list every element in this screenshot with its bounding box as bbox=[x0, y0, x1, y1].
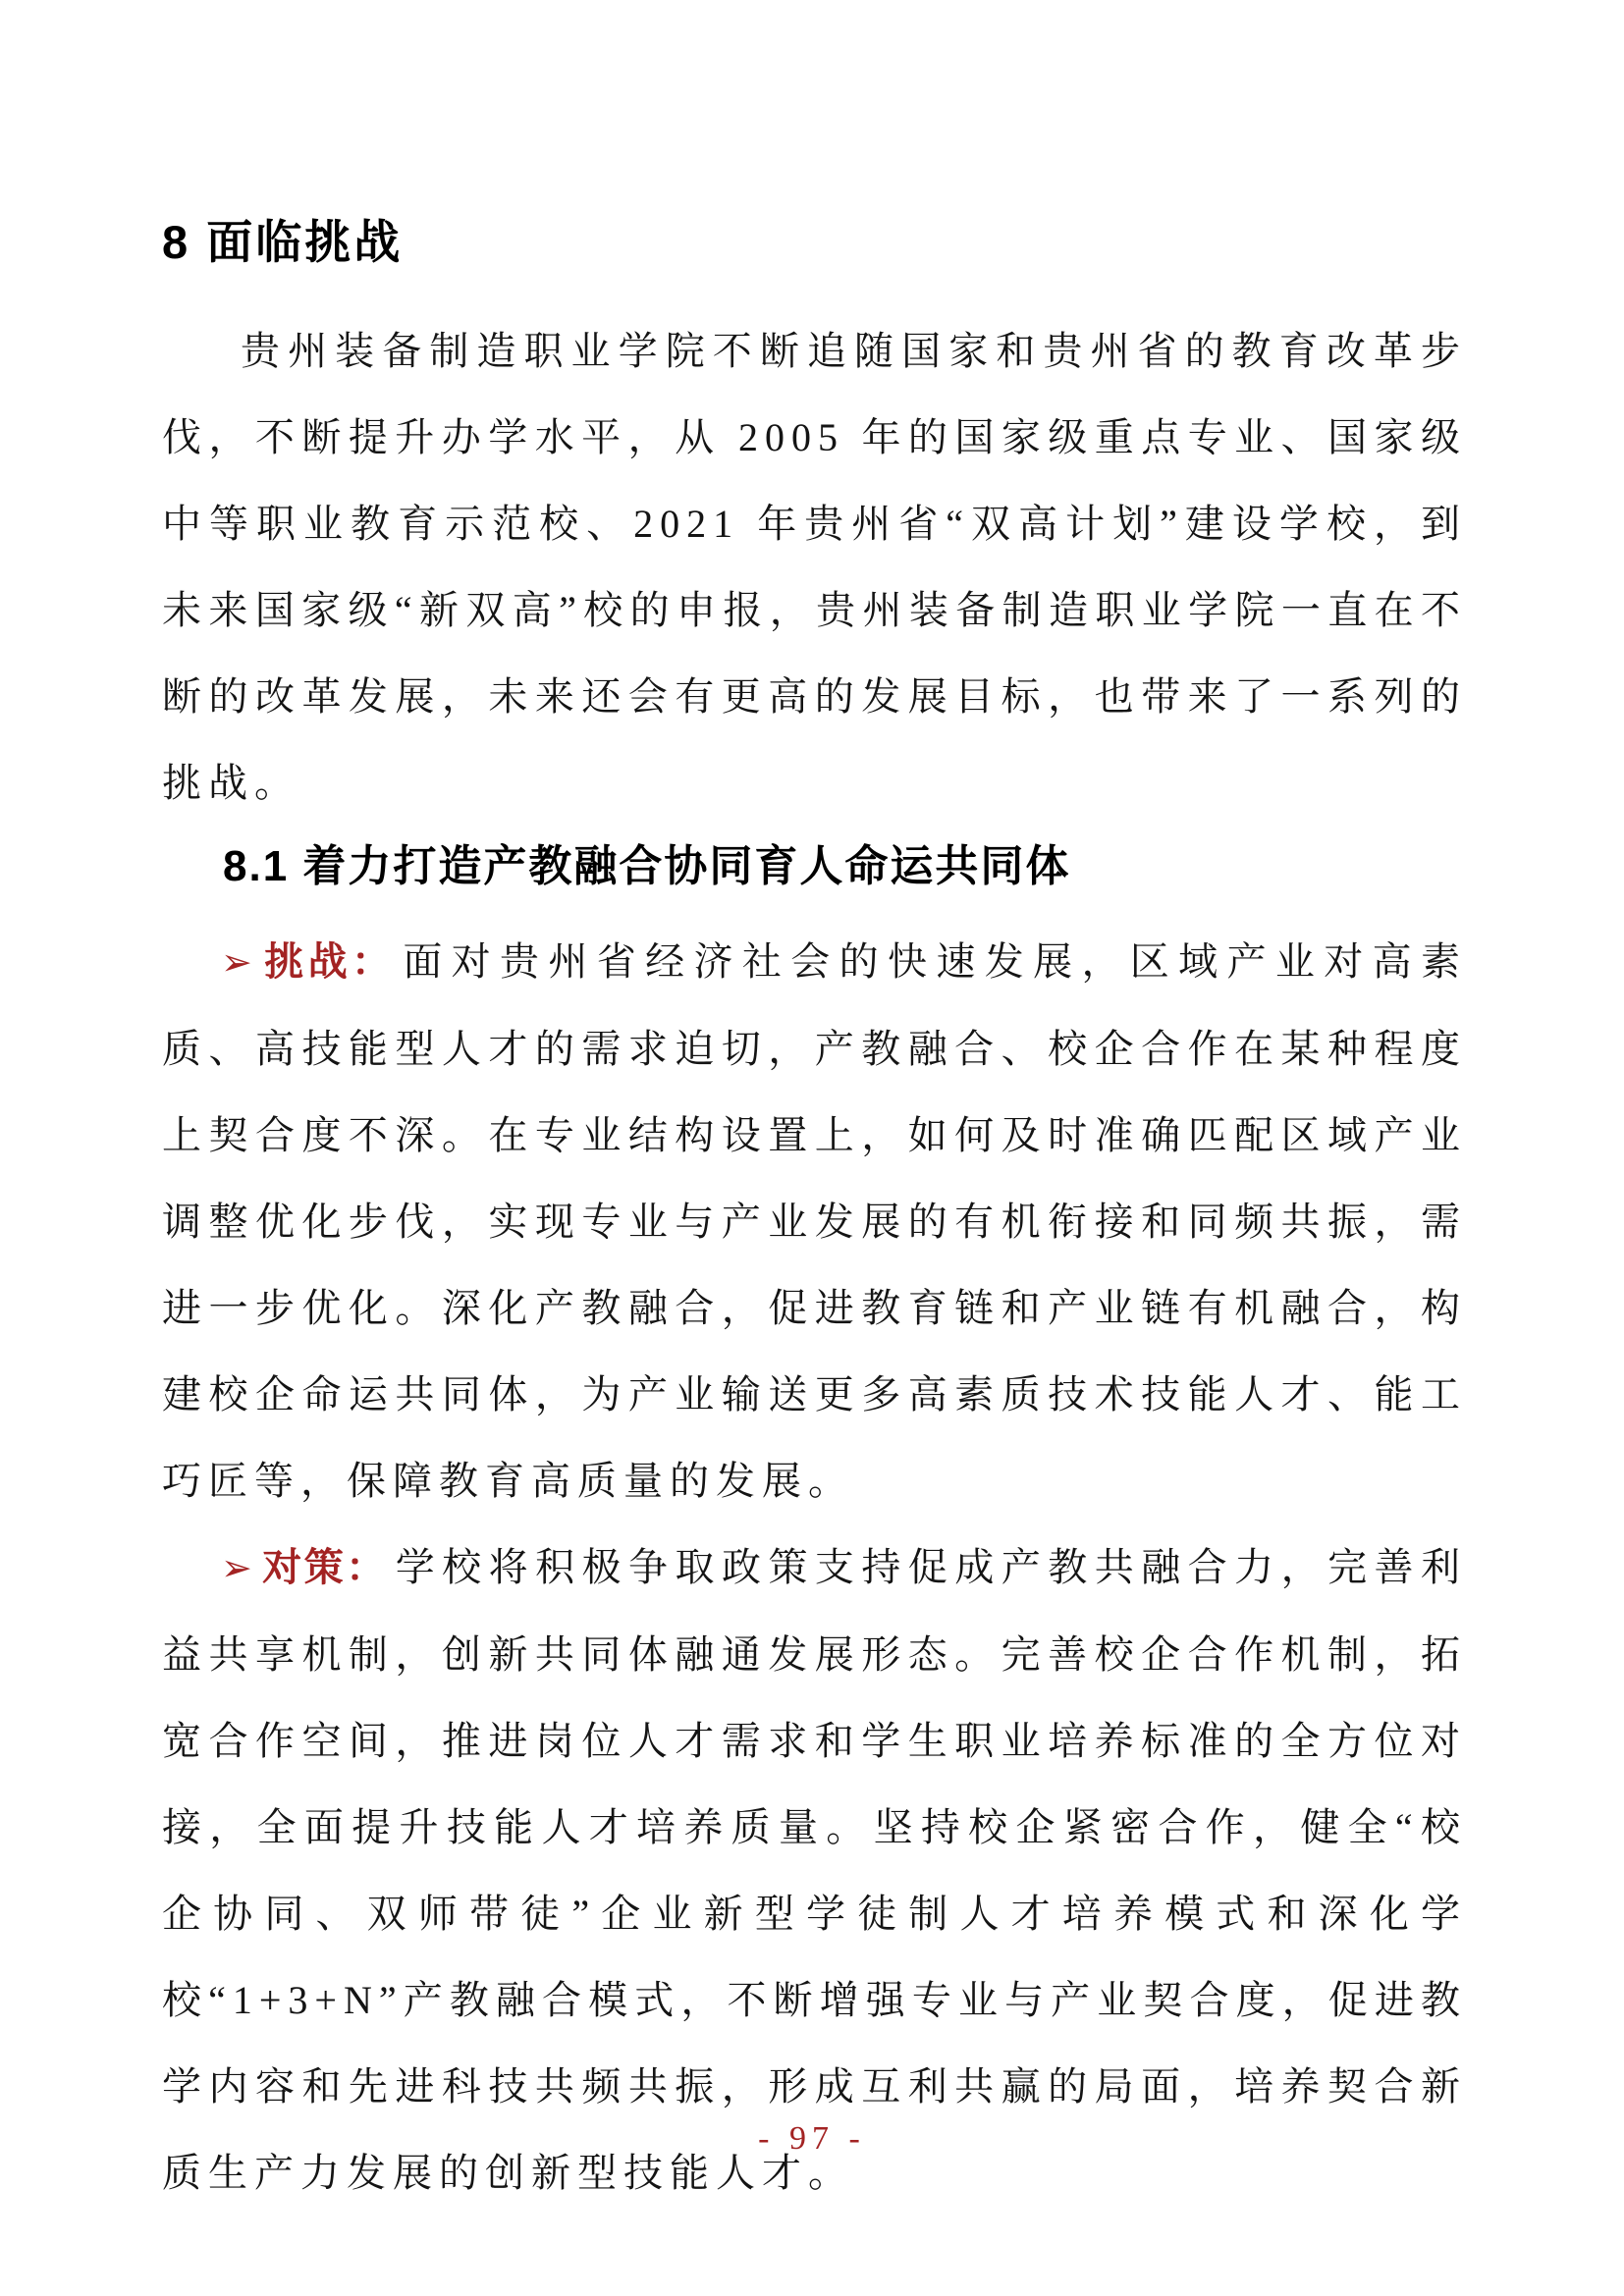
chapter-heading: 8 面临挑战 bbox=[162, 208, 1467, 277]
challenge-paragraph: ➢挑战：面对贵州省经济社会的快速发展，区域产业对高素质、高技能型人才的需求迫切，… bbox=[162, 919, 1467, 1524]
page-number: - 97 - bbox=[0, 2120, 1624, 2158]
strategy-paragraph: ➢对策：学校将积极争取政策支持促成产教共融合力，完善利益共享机制，创新共同体融通… bbox=[162, 1524, 1467, 2216]
section-heading: 8.1 着力打造产教融合协同育人命运共同体 bbox=[162, 832, 1467, 901]
page-content: 8 面临挑战 贵州装备制造职业学院不断追随国家和贵州省的教育改革步伐，不断提升办… bbox=[162, 208, 1467, 2216]
challenge-text: 面对贵州省经济社会的快速发展，区域产业对高素质、高技能型人才的需求迫切，产教融合… bbox=[162, 939, 1467, 1503]
document-page: 8 面临挑战 贵州装备制造职业学院不断追随国家和贵州省的教育改革步伐，不断提升办… bbox=[0, 0, 1624, 2296]
challenge-label: 挑战： bbox=[262, 940, 395, 984]
strategy-label: 对策： bbox=[262, 1546, 388, 1589]
arrowhead-bullet-icon: ➢ bbox=[221, 942, 252, 984]
arrowhead-bullet-icon: ➢ bbox=[221, 1548, 252, 1589]
intro-paragraph: 贵州装备制造职业学院不断追随国家和贵州省的教育改革步伐，不断提升办学水平，从 2… bbox=[162, 308, 1467, 827]
strategy-text: 学校将积极争取政策支持促成产教共融合力，完善利益共享机制，创新共同体融通发展形态… bbox=[162, 1545, 1467, 2195]
